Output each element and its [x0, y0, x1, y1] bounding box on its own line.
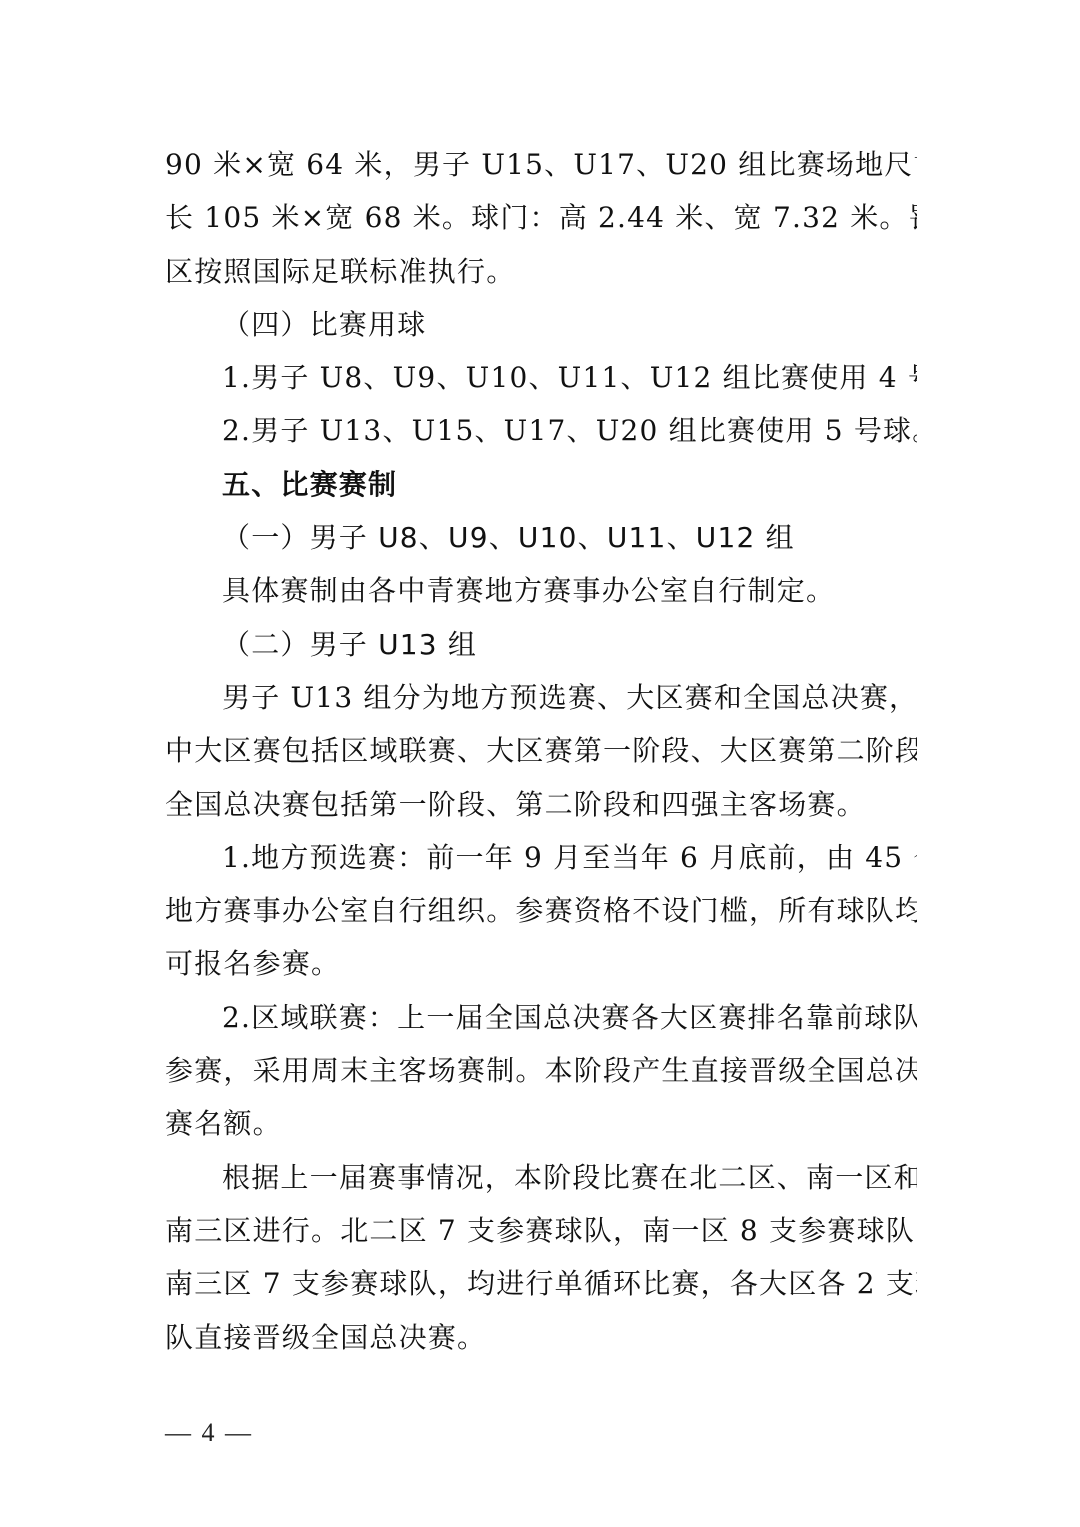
body-line: 地方赛事办公室自行组织。参赛资格不设门槛，所有球队均 [165, 884, 917, 937]
subheading-u8-u12: （一）男子 U8、U9、U10、U11、U12 组 [165, 511, 917, 564]
body-line: 区按照国际足联标准执行。 [165, 245, 917, 298]
body-line: 男子 U13 组分为地方预选赛、大区赛和全国总决赛，其 [165, 671, 917, 724]
document-page: 90 米×宽 64 米，男子 U15、U17、U20 组比赛场地尺寸为： 长 1… [0, 0, 1080, 1527]
subheading-match-ball: （四）比赛用球 [165, 298, 917, 351]
page-content: 90 米×宽 64 米，男子 U15、U17、U20 组比赛场地尺寸为： 长 1… [165, 138, 917, 1364]
body-line: 具体赛制由各中青赛地方赛事办公室自行制定。 [165, 564, 917, 617]
body-line: 90 米×宽 64 米，男子 U15、U17、U20 组比赛场地尺寸为： [165, 138, 917, 191]
body-line: 长 105 米×宽 68 米。球门：高 2.44 米、宽 7.32 米。罚球 [165, 191, 917, 244]
list-item: 2.男子 U13、U15、U17、U20 组比赛使用 5 号球。 [165, 404, 917, 457]
body-line: 南三区 7 支参赛球队，均进行单循环比赛，各大区各 2 支球 [165, 1257, 917, 1310]
body-line: 参赛，采用周末主客场赛制。本阶段产生直接晋级全国总决 [165, 1044, 917, 1097]
body-line: 南三区进行。北二区 7 支参赛球队，南一区 8 支参赛球队， [165, 1204, 917, 1257]
section-heading-competition-format: 五、比赛赛制 [165, 458, 917, 511]
body-line: 1.地方预选赛：前一年 9 月至当年 6 月底前，由 45 个 [165, 831, 917, 884]
body-line: 全国总决赛包括第一阶段、第二阶段和四强主客场赛。 [165, 778, 917, 831]
body-line: 赛名额。 [165, 1097, 917, 1150]
subheading-u13: （二）男子 U13 组 [165, 618, 917, 671]
body-line: 中大区赛包括区域联赛、大区赛第一阶段、大区赛第二阶段， [165, 724, 917, 777]
page-number: — 4 — [165, 1418, 253, 1448]
body-line: 可报名参赛。 [165, 937, 917, 990]
body-line: 2.区域联赛：上一届全国总决赛各大区赛排名靠前球队 [165, 991, 917, 1044]
list-item: 1.男子 U8、U9、U10、U11、U12 组比赛使用 4 号球。 [165, 351, 917, 404]
body-line: 根据上一届赛事情况，本阶段比赛在北二区、南一区和 [165, 1151, 917, 1204]
body-line: 队直接晋级全国总决赛。 [165, 1311, 917, 1364]
